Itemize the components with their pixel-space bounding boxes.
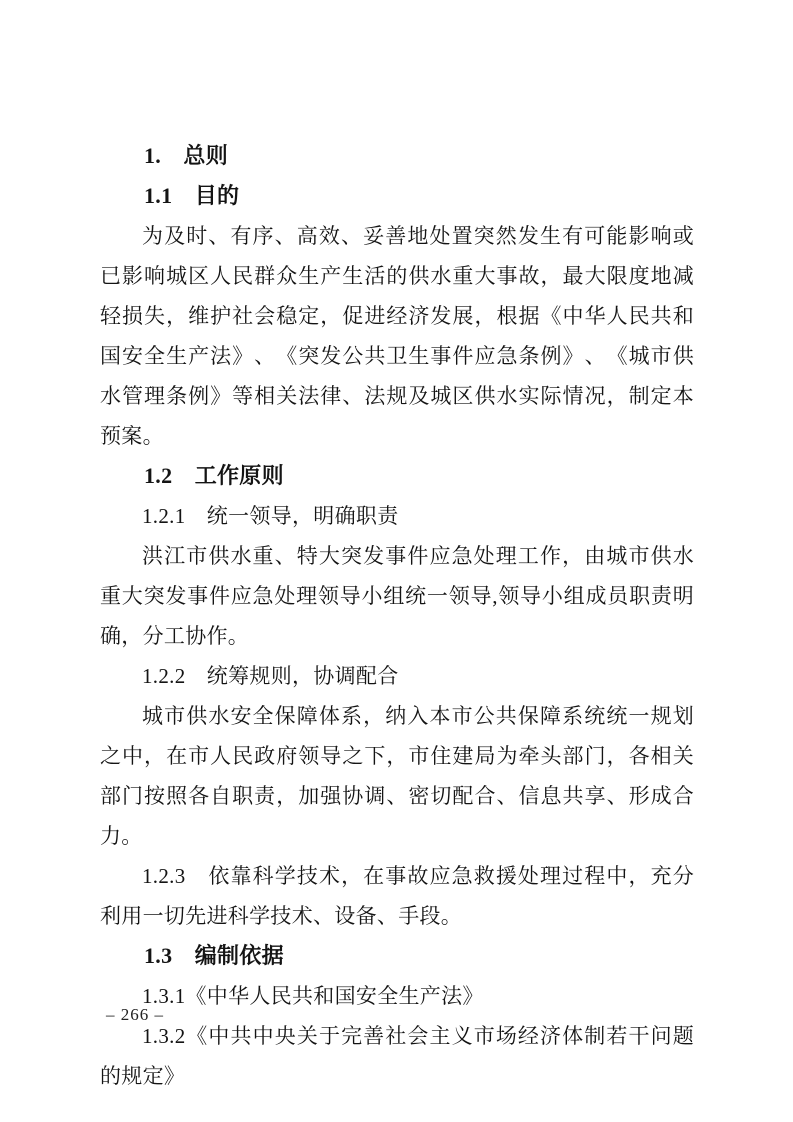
paragraph-science-technology: 1.2.3 依靠科学技术，在事故应急救援处理过程中，充分利用一切先进科学技术、设… [100, 856, 694, 936]
item-law-production-safety: 1.3.1《中华人民共和国安全生产法》 [100, 976, 694, 1016]
section-title-general-provisions: 1. 总则 [100, 136, 694, 176]
paragraph-purpose: 为及时、有序、高效、妥善地处置突然发生有可能影响或已影响城区人民群众生产生活的供… [100, 216, 694, 456]
document-page: 1. 总则 1.1 目的 为及时、有序、高效、妥善地处置突然发生有可能影响或已影… [0, 0, 793, 1122]
paragraph-unified-leadership: 洪江市供水重、特大突发事件应急处理工作，由城市供水重大突发事件应急处理领导小组统… [100, 536, 694, 656]
item-heading-coordination: 1.2.2 统筹规则，协调配合 [100, 656, 694, 696]
document-content: 1. 总则 1.1 目的 为及时、有序、高效、妥善地处置突然发生有可能影响或已影… [100, 136, 694, 1096]
subsection-title-work-principles: 1.2 工作原则 [100, 456, 694, 496]
subsection-title-compilation-basis: 1.3 编制依据 [100, 936, 694, 976]
item-heading-unified-leadership: 1.2.1 统一领导，明确职责 [100, 496, 694, 536]
page-number: – 266 – [106, 1005, 164, 1024]
item-cpc-market-economy-provisions: 1.3.2《中共中央关于完善社会主义市场经济体制若干问题的规定》 [100, 1016, 694, 1096]
page-footer: – 266 – [106, 1003, 164, 1027]
paragraph-coordination: 城市供水安全保障体系，纳入本市公共保障系统统一规划之中，在市人民政府领导之下，市… [100, 696, 694, 856]
subsection-title-purpose: 1.1 目的 [100, 176, 694, 216]
